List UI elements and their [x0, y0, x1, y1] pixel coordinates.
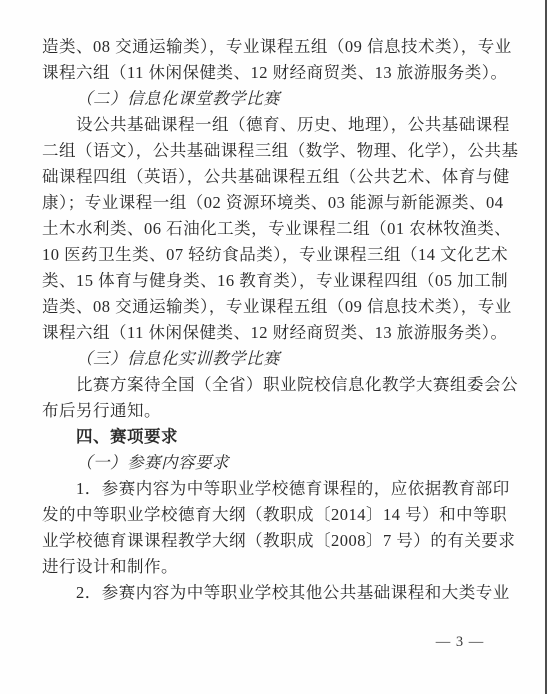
text-line: 康）；专业课程一组（02 资源环境类、03 能源与新能源类、04	[42, 190, 520, 216]
text-line: 发的中等职业学校德育大纲（教职成〔2014〕14 号）和中等职	[42, 502, 520, 528]
text-line: （一）参赛内容要求	[42, 450, 520, 476]
text-line: 土木水利类、06 石油化工类，专业课程二组（01 农林牧渔类、	[42, 216, 520, 242]
text-line: 10 医药卫生类、07 轻纺食品类），专业课程三组（14 文化艺术	[42, 242, 520, 268]
text-line: 课程六组（11 休闲保健类、12 财经商贸类、13 旅游服务类）。	[42, 60, 520, 86]
page-number: — 3 —	[428, 631, 492, 653]
text-line: 2．参赛内容为中等职业学校其他公共基础课程和大类专业	[42, 580, 520, 606]
text-line: 1．参赛内容为中等职业学校德育课程的，应依据教育部印	[42, 476, 520, 502]
text-line: （二）信息化课堂教学比赛	[42, 86, 520, 112]
text-line: 造类、08 交通运输类），专业课程五组（09 信息技术类），专业	[42, 294, 520, 320]
text-line: 四、赛项要求	[42, 424, 520, 450]
text-line: 业学校德育课课程教学大纲（教职成〔2008〕7 号）的有关要求	[42, 528, 520, 554]
text-line: 比赛方案待全国（全省）职业院校信息化教学大赛组委会公	[42, 372, 520, 398]
scan-edge-line	[545, 0, 547, 694]
text-line: 布后另行通知。	[42, 398, 520, 424]
text-line: 进行设计和制作。	[42, 554, 520, 580]
text-line: 类、15 体育与健身类、16 教育类），专业课程四组（05 加工制	[42, 268, 520, 294]
text-line: 础课程四组（英语），公共基础课程五组（公共艺术、体育与健	[42, 164, 520, 190]
text-line: 设公共基础课程一组（德育、历史、地理），公共基础课程	[42, 112, 520, 138]
text-line: 二组（语文），公共基础课程三组（数学、物理、化学），公共基	[42, 138, 520, 164]
document-page: 造类、08 交通运输类），专业课程五组（09 信息技术类），专业课程六组（11 …	[0, 0, 548, 694]
text-line: 造类、08 交通运输类），专业课程五组（09 信息技术类），专业	[42, 34, 520, 60]
text-line: 课程六组（11 休闲保健类、12 财经商贸类、13 旅游服务类）。	[42, 320, 520, 346]
document-lines: 造类、08 交通运输类），专业课程五组（09 信息技术类），专业课程六组（11 …	[42, 34, 520, 606]
text-line: （三）信息化实训教学比赛	[42, 346, 520, 372]
